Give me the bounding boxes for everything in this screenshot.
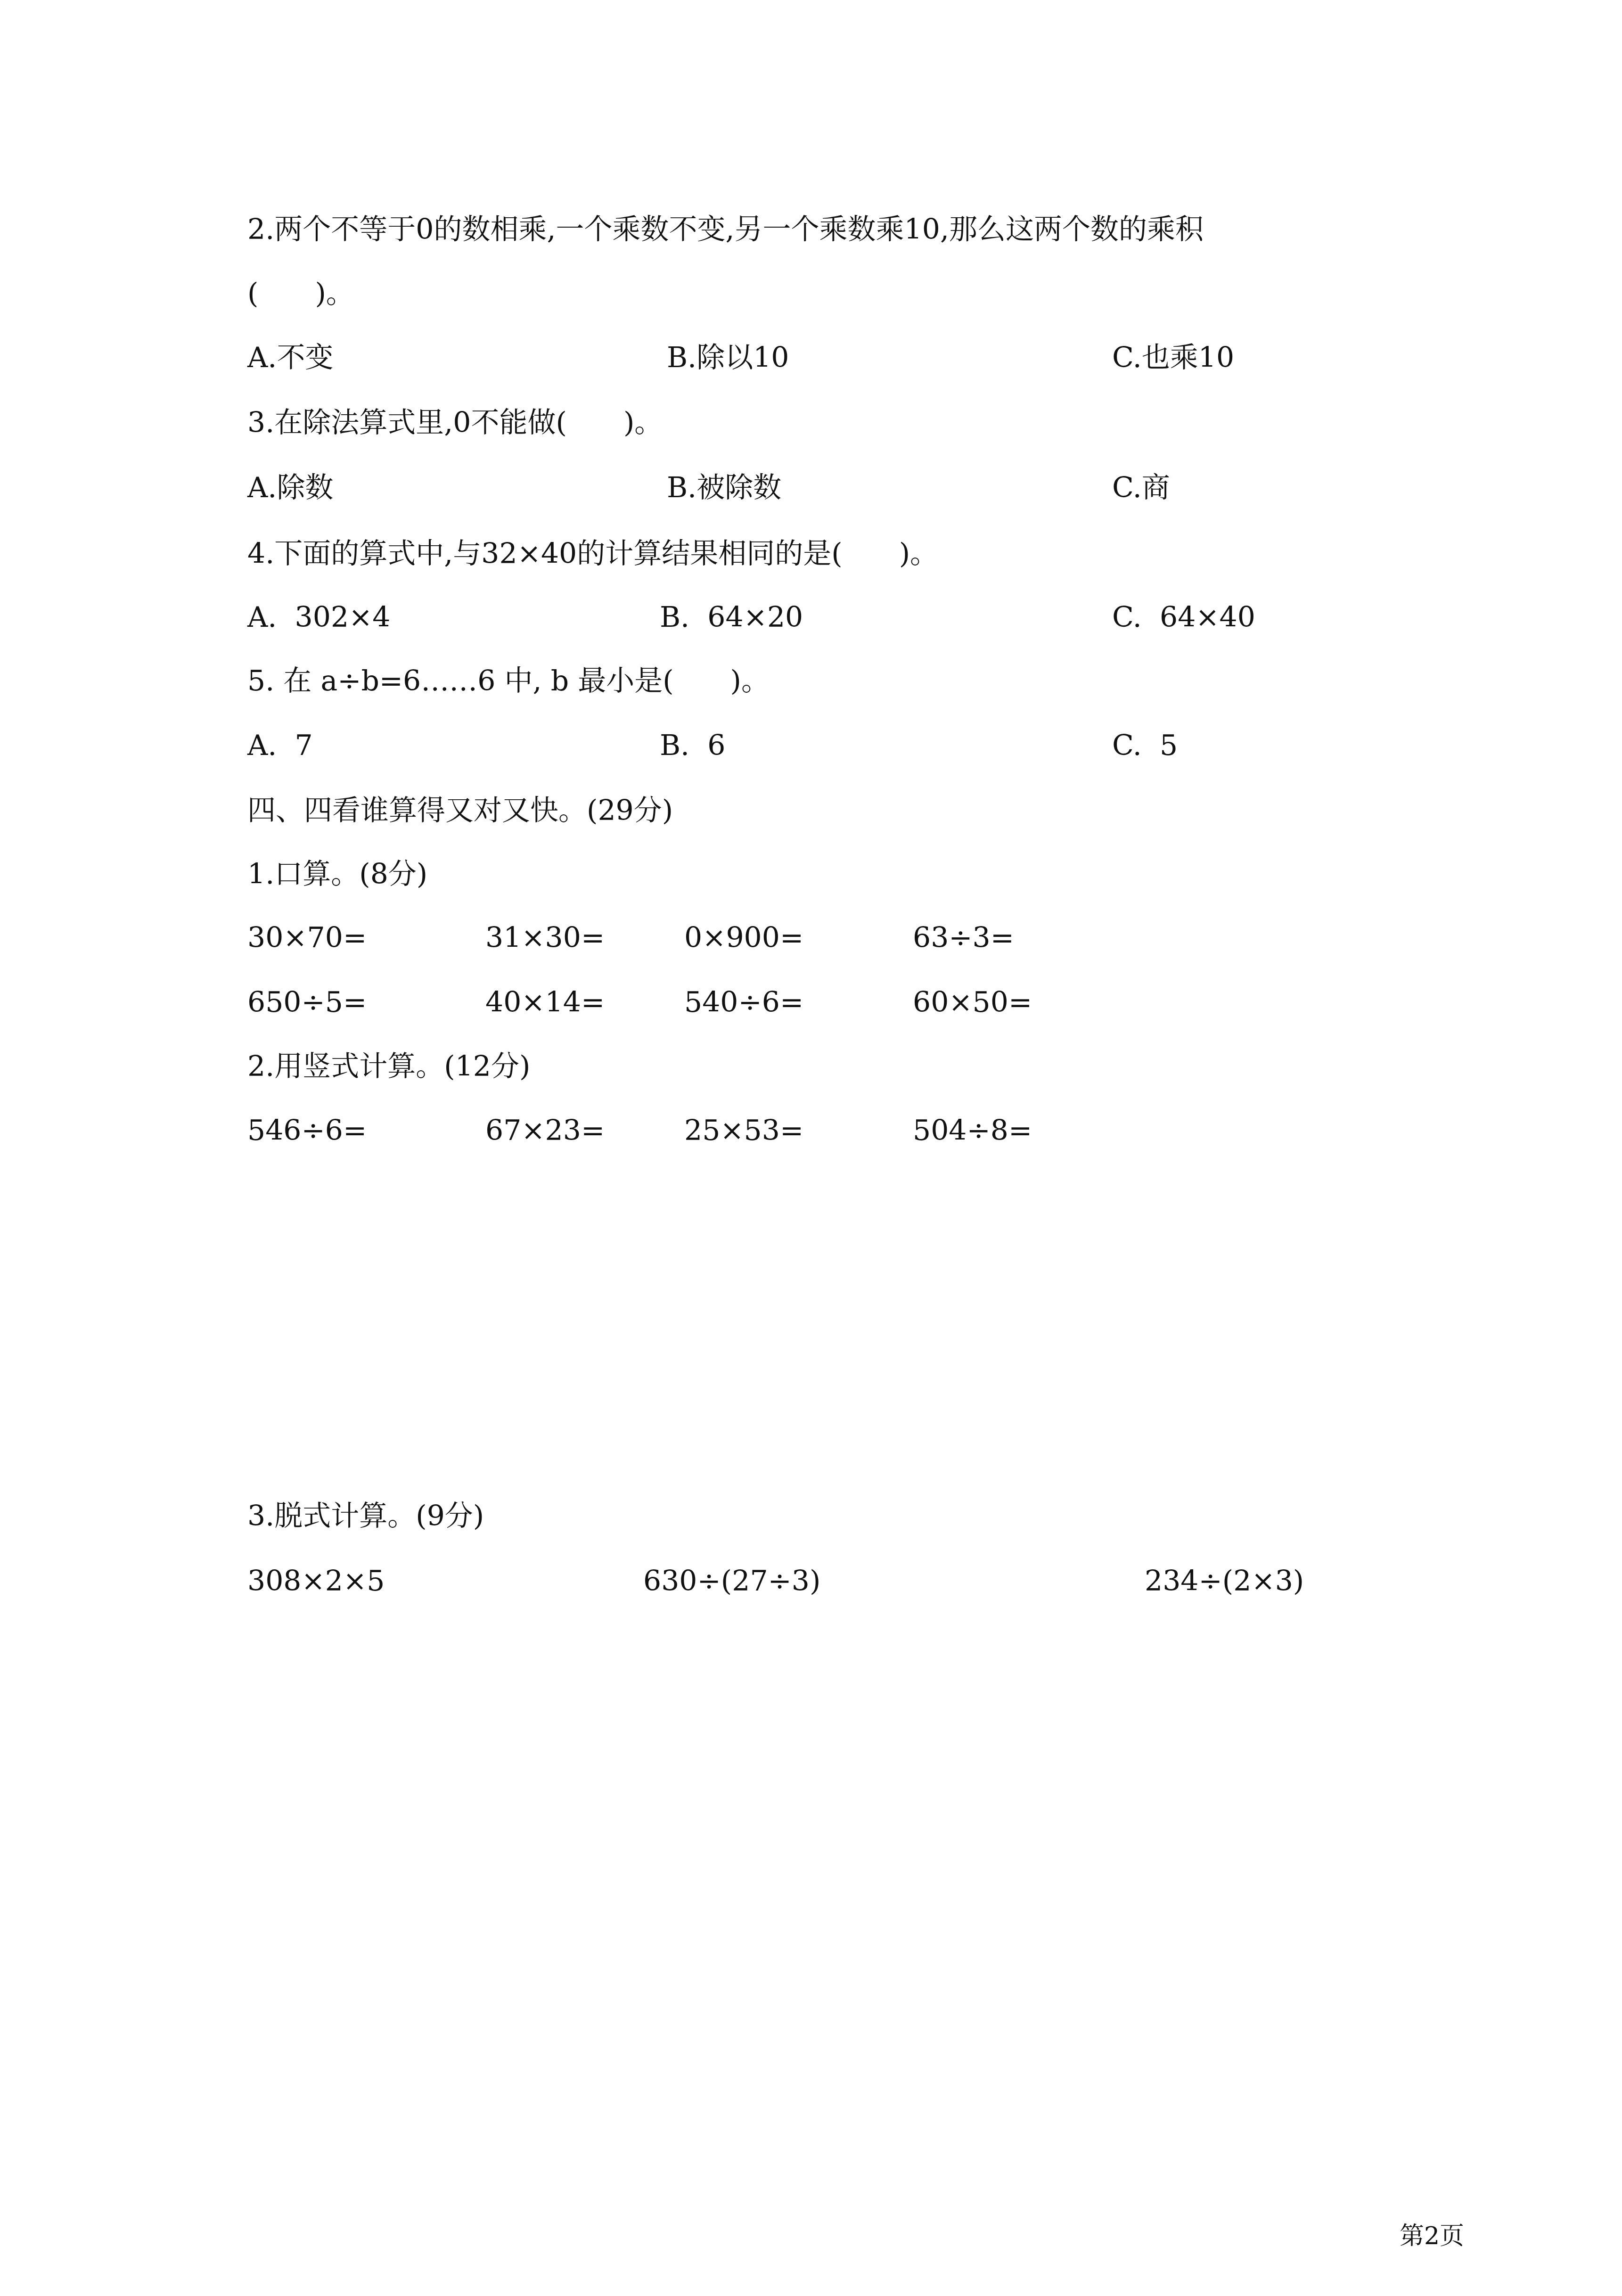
oral-calc-item: 650÷5= — [247, 986, 367, 1019]
oral-calc-item: 40×14= — [485, 986, 605, 1019]
q5-option-a: A. 7 — [247, 729, 313, 762]
stepwise-calc-item: 630÷(27÷3) — [643, 1565, 820, 1598]
stepwise-calc-item: 234÷(2×3) — [1145, 1565, 1304, 1598]
q5-stem: 5. 在 a÷b=6……6 中, b 最小是( )。 — [247, 664, 770, 697]
q2-option-b: B.除以10 — [667, 341, 789, 374]
q4-option-b: B. 64×20 — [660, 601, 803, 634]
page-number: 第2页 — [1400, 2222, 1464, 2250]
vertical-calc-item: 67×23= — [485, 1114, 605, 1147]
vertical-calc-item: 546÷6= — [247, 1114, 367, 1147]
q2-stem-line1: 2.两个不等于0的数相乘,一个乘数不变,另一个乘数乘10,那么这两个数的乘积 — [247, 213, 1204, 246]
q5-option-b: B. 6 — [660, 729, 725, 762]
q4-option-a: A. 302×4 — [247, 601, 391, 634]
q5-option-c: C. 5 — [1112, 729, 1178, 762]
oral-calc-item: 540÷6= — [684, 986, 803, 1019]
q3-option-c: C.商 — [1112, 471, 1170, 504]
q3-option-b: B.被除数 — [667, 471, 781, 504]
oral-calc-item: 30×70= — [247, 921, 367, 954]
oral-calc-item: 63÷3= — [913, 921, 1014, 954]
q3-option-a: A.除数 — [247, 471, 333, 504]
part3-title: 3.脱式计算。(9分) — [247, 1500, 484, 1533]
q2-option-a: A.不变 — [247, 341, 333, 374]
oral-calc-item: 31×30= — [485, 921, 605, 954]
part2-title: 2.用竖式计算。(12分) — [247, 1050, 530, 1083]
section4-title: 四、四看谁算得又对又快。(29分) — [247, 794, 673, 827]
vertical-calc-item: 504÷8= — [913, 1114, 1032, 1147]
oral-calc-item: 0×900= — [684, 921, 803, 954]
part1-title: 1.口算。(8分) — [247, 858, 427, 891]
q4-stem: 4.下面的算式中,与32×40的计算结果相同的是( )。 — [247, 537, 938, 570]
q3-stem: 3.在除法算式里,0不能做( )。 — [247, 406, 663, 439]
oral-calc-item: 60×50= — [913, 986, 1032, 1019]
q2-stem-line2: ( )。 — [247, 277, 354, 310]
q4-option-c: C. 64×40 — [1112, 601, 1255, 634]
q2-option-c: C.也乘10 — [1112, 341, 1234, 374]
stepwise-calc-item: 308×2×5 — [247, 1565, 385, 1598]
vertical-calc-item: 25×53= — [684, 1114, 803, 1147]
